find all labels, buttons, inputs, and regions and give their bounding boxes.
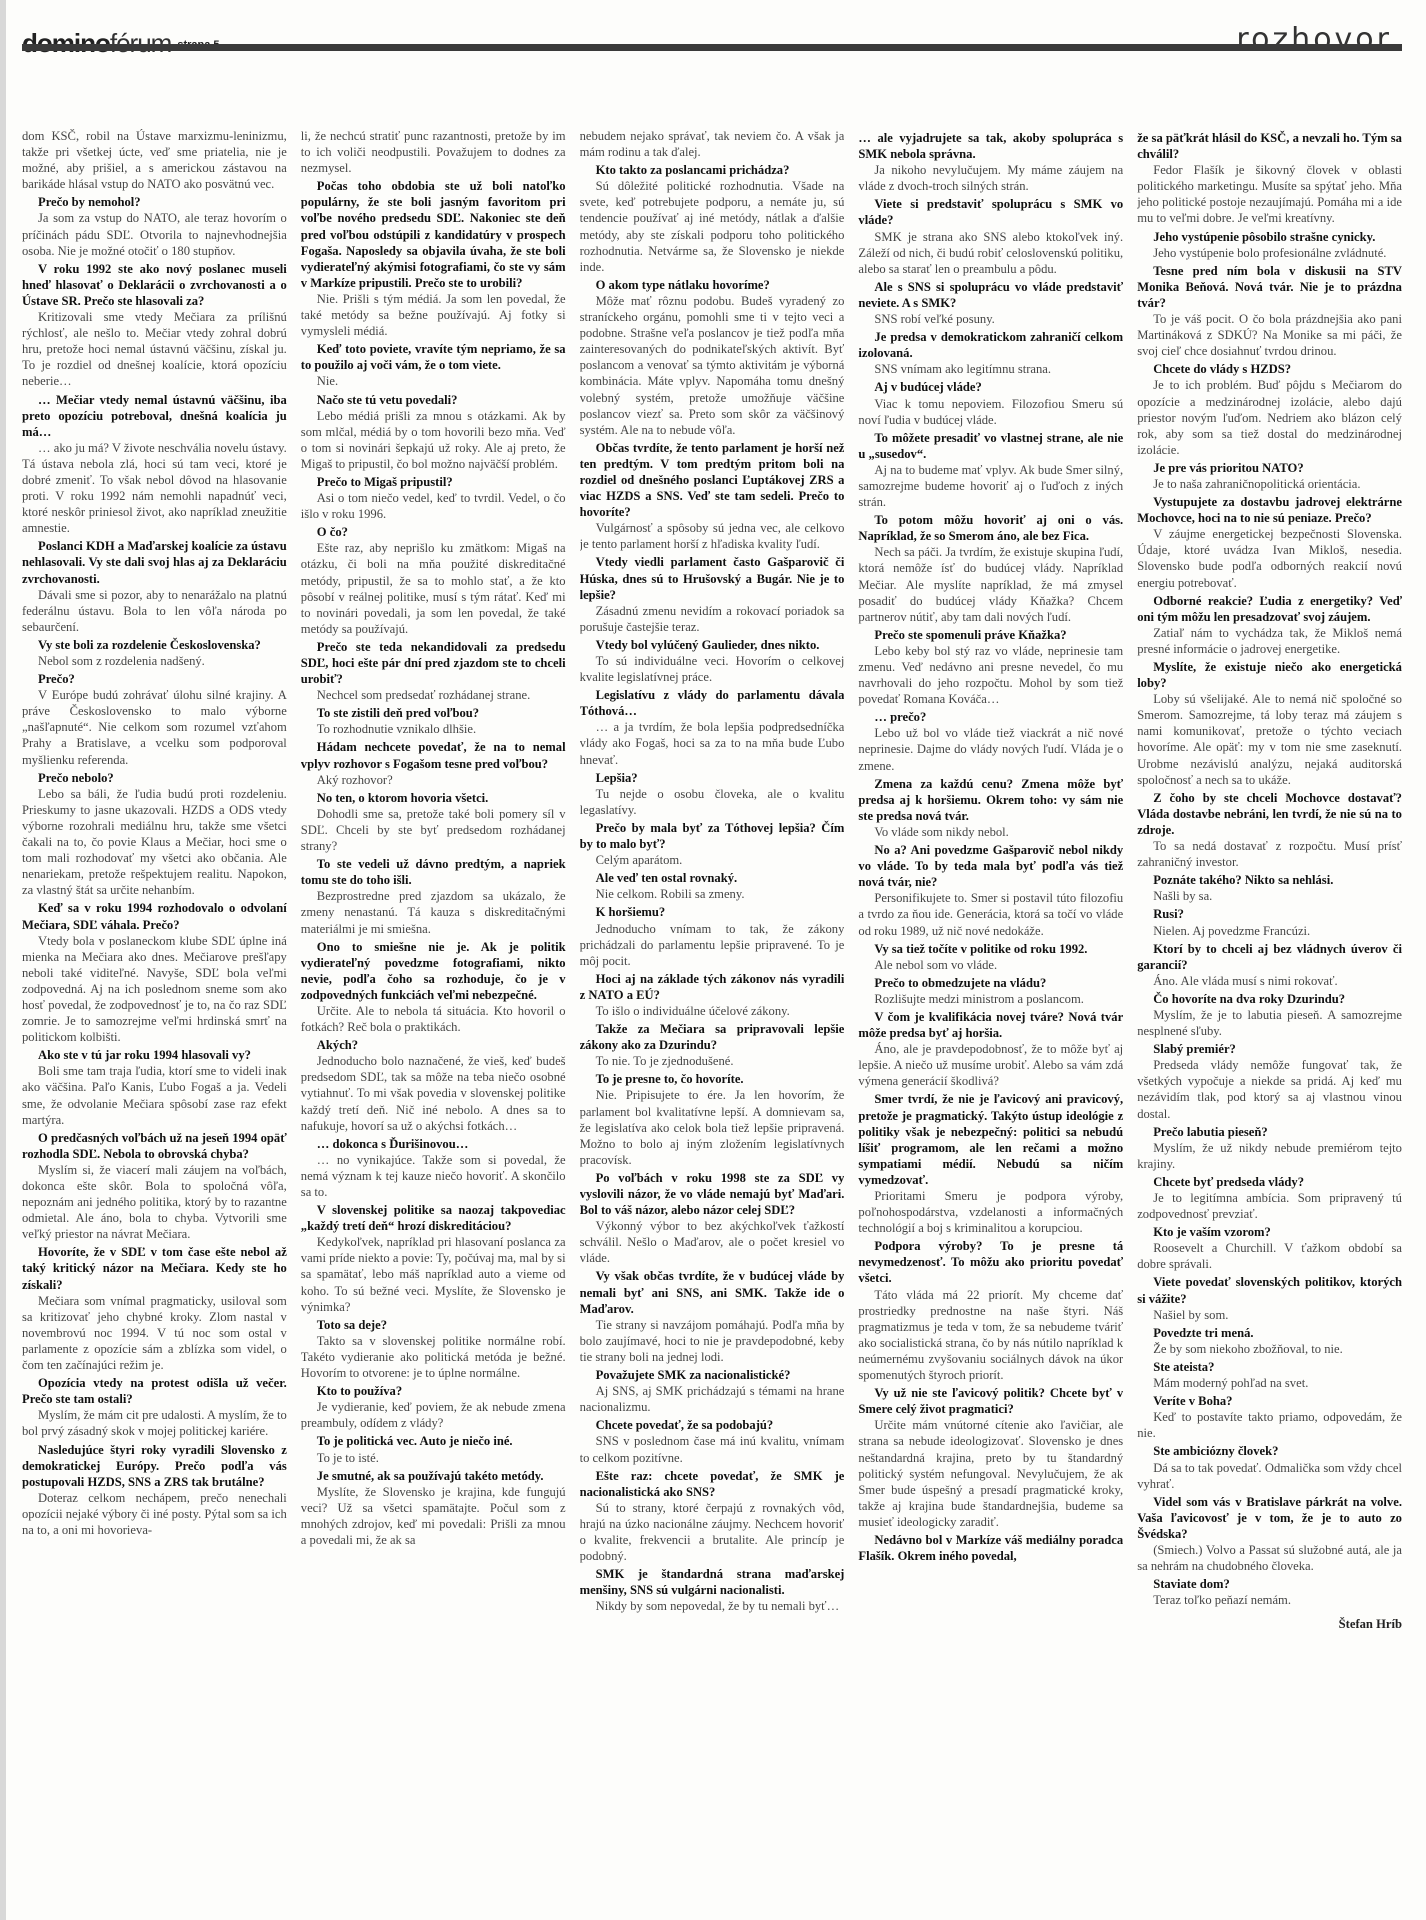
interview-answer: V záujme energetickej bezpečnosti Sloven… [1137, 526, 1402, 590]
article-body: dom KSČ, robil na Ústave marxizmu-lenini… [22, 128, 1402, 1908]
interview-question: Ste ambiciózny človek? [1137, 1443, 1402, 1459]
interview-question: Vy už nie ste ľavicový politik? Chcete b… [858, 1385, 1123, 1417]
interview-answer: Ja nikoho nevylučujem. My máme záujem na… [858, 162, 1123, 194]
interview-answer: Sú dôležité politické rozhodnutia. Všade… [580, 178, 845, 275]
interview-question: Ale veď ten ostal rovnaký. [580, 870, 845, 886]
interview-question: Veríte v Boha? [1137, 1393, 1402, 1409]
interview-question: Vy však občas tvrdíte, že v budúcej vlád… [580, 1268, 845, 1316]
interview-answer: Vo vláde som nikdy nebol. [858, 824, 1123, 840]
interview-answer: Mečiara som vnímal pragmaticky, usiloval… [22, 1293, 287, 1373]
scan-edge [0, 0, 6, 1920]
interview-answer: Dohodli sme sa, pretože také boli pomery… [301, 806, 566, 854]
author-byline: Štefan Hríb [1137, 1616, 1402, 1632]
interview-answer: To je váš pocit. O čo bola prázdnejšia a… [1137, 311, 1402, 359]
interview-question: Prečo ste teda nekandidovali za predsedu… [301, 639, 566, 687]
interview-answer: SMK je strana ako SNS alebo ktokoľvek in… [858, 229, 1123, 277]
interview-question: Prečo ste spomenuli práve Kňažka? [858, 627, 1123, 643]
interview-answer: Doteraz celkom nechápem, prečo nenechali… [22, 1490, 287, 1538]
brand-bold: domino [22, 28, 110, 58]
interview-question: … ale vyjadrujete sa tak, akoby spoluprá… [858, 130, 1123, 162]
interview-question: Prečo to obmedzujete na vládu? [858, 975, 1123, 991]
interview-question: Vy ste boli za rozdelenie Československa… [22, 637, 287, 653]
interview-answer: Boli sme tam traja ľudia, ktorí sme to v… [22, 1063, 287, 1127]
interview-question: K horšiemu? [580, 904, 845, 920]
interview-question: V slovenskej politike sa naozaj takpoved… [301, 1202, 566, 1234]
interview-answer: (Smiech.) Volvo a Passat sú služobné aut… [1137, 1542, 1402, 1574]
interview-question: Ktorí by to chceli aj bez vládnych úvero… [1137, 941, 1402, 973]
interview-answer: Lebo keby bol stý raz vo vláde, neprines… [858, 643, 1123, 707]
interview-question: Keď sa v roku 1994 rozhodovalo o odvolan… [22, 900, 287, 932]
interview-question: Hádam nechcete povedať, že na to nemal v… [301, 739, 566, 771]
masthead: dominofórumstrana 5 rozhovor [22, 22, 1402, 62]
interview-answer: Vtedy bola v poslaneckom klube SDĽ úplne… [22, 933, 287, 1046]
interview-question: Keď toto poviete, vravíte tým nepriamo, … [301, 341, 566, 373]
interview-answer: Nech sa páči. Ja tvrdím, že existuje sku… [858, 544, 1123, 624]
interview-answer: Je to legitímna ambícia. Som pripravený … [1137, 1190, 1402, 1222]
interview-answer: Ale nebol som vo vláde. [858, 957, 1123, 973]
interview-answer: Nie celkom. Robili sa zmeny. [580, 886, 845, 902]
interview-answer: Myslím, že je to labutia pieseň. A samoz… [1137, 1007, 1402, 1039]
interview-answer: Nie. Prišli s tým médiá. Ja som len pove… [301, 291, 566, 339]
interview-answer: Personifikujete to. Smer si postavil tút… [858, 890, 1123, 938]
interview-answer: Aký rozhovor? [301, 772, 566, 788]
interview-question: Videl som vás v Bratislave párkrát na vo… [1137, 1494, 1402, 1542]
interview-answer: Nie. [301, 373, 566, 389]
interview-question: O predčasných voľbách už na jeseň 1994 o… [22, 1130, 287, 1162]
interview-answer: Aj na to budeme mať vplyv. Ak bude Smer … [858, 462, 1123, 510]
interview-answer: To nie. To je zjednodušené. [580, 1053, 845, 1069]
interview-answer: Loby sú všelijaké. Ale to nemá nič spolo… [1137, 691, 1402, 788]
interview-question: Toto sa deje? [301, 1317, 566, 1333]
interview-answer: … a ja tvrdím, že bola lepšia podpredsed… [580, 719, 845, 767]
interview-answer: Našli by sa. [1137, 888, 1402, 904]
interview-answer: Lebo sa báli, že ľudia budú proti rozdel… [22, 786, 287, 899]
interview-answer: Ja som za vstup do NATO, ale teraz hovor… [22, 210, 287, 258]
interview-question: … Mečiar vtedy nemal ústavnú väčšinu, ib… [22, 392, 287, 440]
interview-answer: Mám moderný pohľad na svet. [1137, 1375, 1402, 1391]
interview-continuation: nebudem nejako správať, tak neviem čo. A… [580, 128, 845, 160]
interview-question: Lepšia? [580, 770, 845, 786]
interview-question: Odborné reakcie? Ľudia z energetiky? Veď… [1137, 593, 1402, 625]
interview-answer: Nechcel som predsedať rozhádanej strane. [301, 687, 566, 703]
interview-question: Chcete do vlády s HZDS? [1137, 361, 1402, 377]
interview-answer: Takto sa v slovenskej politike normálne … [301, 1333, 566, 1381]
interview-answer: … no vynikajúce. Takže som si povedal, ž… [301, 1152, 566, 1200]
interview-question: Je predsa v demokratickom zahraničí celk… [858, 329, 1123, 361]
interview-answer: Rozlišujte medzi ministrom a poslancom. [858, 991, 1123, 1007]
interview-answer: Nebol som z rozdelenia nadšený. [22, 653, 287, 669]
interview-answer: Viac k tomu nepoviem. Filozofiou Smeru s… [858, 396, 1123, 428]
interview-answer: Prioritami Smeru je podpora výroby, poľn… [858, 1188, 1123, 1236]
interview-question: Nedávno bol v Markíze váš mediálny porad… [858, 1532, 1123, 1564]
interview-question: O akom type nátlaku hovoríme? [580, 277, 845, 293]
interview-question: Tesne pred ním bola v diskusii na STV Mo… [1137, 263, 1402, 311]
interview-question: Prečo labutia pieseň? [1137, 1124, 1402, 1140]
interview-question: Kto je vaším vzorom? [1137, 1224, 1402, 1240]
interview-answer: Myslím, že už nikdy nebude premiérom tej… [1137, 1140, 1402, 1172]
interview-question: Viete si predstaviť spoluprácu s SMK vo … [858, 196, 1123, 228]
interview-question: … prečo? [858, 709, 1123, 725]
interview-answer: Zásadnú zmenu nevidím a rokovací poriado… [580, 603, 845, 635]
interview-answer: Jeho vystúpenie bolo profesionálne zvlád… [1137, 245, 1402, 261]
interview-answer: Dávali sme si pozor, aby to nenarážalo n… [22, 587, 287, 635]
interview-question: Chcete byť predseda vlády? [1137, 1174, 1402, 1190]
interview-question: Kto to používa? [301, 1383, 566, 1399]
interview-question: Akých? [301, 1037, 566, 1053]
interview-question: Smer tvrdí, že nie je ľavicový ani pravi… [858, 1091, 1123, 1188]
interview-question: Opozícia vtedy na protest odišla už veče… [22, 1375, 287, 1407]
interview-question: No a? Ani povedzme Gašparovič nebol nikd… [858, 842, 1123, 890]
interview-continuation: li, že nechcú stratiť punc razantnosti, … [301, 128, 566, 176]
interview-question: Rusi? [1137, 906, 1402, 922]
interview-question: Ste ateista? [1137, 1359, 1402, 1375]
interview-answer: SNS vnímam ako legitímnu strana. [858, 361, 1123, 377]
interview-question: Vtedy bol vylúčený Gaulieder, dnes nikto… [580, 637, 845, 653]
interview-question: Načo ste tú vetu povedali? [301, 392, 566, 408]
interview-answer: SNS v poslednom čase má inú kvalitu, vní… [580, 1433, 845, 1465]
interview-question: Občas tvrdíte, že tento parlament je hor… [580, 440, 845, 520]
interview-question: Považujete SMK za nacionalistické? [580, 1367, 845, 1383]
interview-question: Prečo nebolo? [22, 770, 287, 786]
interview-answer: Aj SNS, aj SMK prichádzajú s témami na h… [580, 1383, 845, 1415]
interview-question: Prečo? [22, 671, 287, 687]
header-rule [22, 44, 1402, 51]
interview-question: Povedzte tri mená. [1137, 1325, 1402, 1341]
interview-answer: Je to ich problém. Buď pôjdu s Mečiarom … [1137, 377, 1402, 457]
interview-answer: Áno. Ale vláda musí s nimi rokovať. [1137, 973, 1402, 989]
column-2: li, že nechcú stratiť punc razantnosti, … [301, 128, 566, 1908]
interview-question: Hoci aj na základe tých zákonov nás vyra… [580, 971, 845, 1003]
interview-question: Kto takto za poslancami prichádza? [580, 162, 845, 178]
interview-question: To potom môžu hovoriť aj oni o vás. Napr… [858, 512, 1123, 544]
interview-question: Prečo to Migaš pripustil? [301, 474, 566, 490]
interview-answer: Nikdy by som nepovedal, že by tu nemali … [580, 1598, 845, 1614]
interview-question: V čom je kvalifikácia novej tváre? Nová … [858, 1009, 1123, 1041]
interview-answer: Že by som niekoho zbožňoval, to nie. [1137, 1341, 1402, 1357]
interview-question: Vy sa tiež točíte v politike od roku 199… [858, 941, 1123, 957]
interview-question: Poslanci KDH a Maďarskej koalície za úst… [22, 538, 287, 586]
interview-question: Podpora výroby? To je presne tá nevymedz… [858, 1238, 1123, 1286]
interview-question: Nasledujúce štyri roky vyradili Slovensk… [22, 1442, 287, 1490]
interview-question: Ešte raz: chcete povedať, že SMK je naci… [580, 1468, 845, 1500]
interview-answer: Predseda vlády nemôže fungovať tak, že v… [1137, 1057, 1402, 1121]
interview-answer: Roosevelt a Churchill. V ťažkom období s… [1137, 1240, 1402, 1272]
interview-answer: Určite mám vnútorné cítenie ako ľavičiar… [858, 1417, 1123, 1530]
interview-question: Jeho vystúpenie pôsobilo strašne cynicky… [1137, 229, 1402, 245]
interview-question: Staviate dom? [1137, 1576, 1402, 1592]
interview-question: Čo hovoríte na dva roky Dzurindu? [1137, 991, 1402, 1007]
interview-question: No ten, o ktorom hovoria všetci. [301, 790, 566, 806]
interview-answer: Asi o tom niečo vedel, keď to tvrdil. Ve… [301, 490, 566, 522]
interview-question: To je politická vec. Auto je niečo iné. [301, 1433, 566, 1449]
interview-answer: V Európe budú zohrávať úlohu silné kraji… [22, 687, 287, 767]
interview-answer: Môže mať rôznu podobu. Budeš vyradený zo… [580, 293, 845, 438]
interview-answer: Jednoducho bolo naznačené, že vieš, keď … [301, 1053, 566, 1133]
interview-answer: Je vydieranie, keď poviem, že ak nebude … [301, 1399, 566, 1431]
interview-question: Vystupujete za dostavbu jadrovej elektrá… [1137, 494, 1402, 526]
interview-answer: Tu nejde o osobu človeka, ale o kvalitu … [580, 786, 845, 818]
interview-question: Prečo by nemohol? [22, 194, 287, 210]
interview-answer: Tie strany si navzájom pomáhajú. Podľa m… [580, 1317, 845, 1365]
section-title: rozhovor [1236, 22, 1392, 57]
interview-answer: To sa nedá dostavať z rozpočtu. Musí prí… [1137, 838, 1402, 870]
interview-question: Hovoríte, že v SDĽ v tom čase ešte nebol… [22, 1244, 287, 1292]
interview-answer: Sú to strany, ktoré čerpajú z rovnakých … [580, 1500, 845, 1564]
interview-question: Ono to smiešne nie je. Ak je politik vyd… [301, 939, 566, 1003]
interview-answer: Myslím, že mám cit pre udalosti. A myslí… [22, 1407, 287, 1439]
interview-answer: To sú individuálne veci. Hovorím o celko… [580, 653, 845, 685]
interview-answer: Áno, ale je pravdepodobnosť, že to môže … [858, 1041, 1123, 1089]
interview-question: Myslíte, že existuje niečo ako energetic… [1137, 659, 1402, 691]
interview-answer: Nielen. Aj povedzme Francúzi. [1137, 923, 1402, 939]
interview-question: Z čoho by ste chceli Mochovce dostavať? … [1137, 790, 1402, 838]
interview-question: V roku 1992 ste ako nový poslanec museli… [22, 261, 287, 309]
interview-answer: Našiel by som. [1137, 1307, 1402, 1323]
interview-answer: Kedykoľvek, napríklad pri hlasovaní posl… [301, 1234, 566, 1314]
interview-answer: Lebo médiá prišli za mnou s otázkami. Ak… [301, 408, 566, 472]
interview-question: Vtedy viedli parlament často Gašparovič … [580, 554, 845, 602]
interview-question: O čo? [301, 524, 566, 540]
interview-answer: SNS robí veľké posuny. [858, 311, 1123, 327]
interview-answer: Celým aparátom. [580, 852, 845, 868]
interview-answer: Myslím si, že viacerí mali záujem na voľ… [22, 1162, 287, 1242]
interview-question: Aj v budúcej vláde? [858, 379, 1123, 395]
interview-answer: Lebo už bol vo vláde tiež viackrát a nič… [858, 725, 1123, 773]
interview-answer: Teraz toľko peňazí nemám. [1137, 1592, 1402, 1608]
interview-question: Viete povedať slovenských politikov, kto… [1137, 1274, 1402, 1306]
interview-answer: Bezprostredne pred zjazdom sa ukázalo, ž… [301, 888, 566, 936]
interview-answer: Táto vláda má 22 priorít. My chceme dať … [858, 1287, 1123, 1384]
interview-answer: Fedor Flašík je šikovný človek v oblasti… [1137, 162, 1402, 226]
interview-question: Prečo by mala byť za Tóthovej lepšia? Čí… [580, 820, 845, 852]
interview-answer: To je to isté. [301, 1450, 566, 1466]
interview-question: … dokonca s Ďurišinovou… [301, 1136, 566, 1152]
interview-question: To ste vedeli už dávno predtým, a naprie… [301, 856, 566, 888]
interview-question: Chcete povedať, že sa podobajú? [580, 1417, 845, 1433]
interview-answer: Myslíte, že Slovensko je krajina, kde fu… [301, 1484, 566, 1548]
interview-question: Legislatívu z vlády do parlamentu dávala… [580, 687, 845, 719]
interview-answer: Keď to postavíte takto priamo, odpovedám… [1137, 1409, 1402, 1441]
interview-answer: Výkonný výbor to bez akýchkoľvek ťažkost… [580, 1218, 845, 1266]
interview-answer: Vulgárnosť a spôsoby sú jedna vec, ale c… [580, 520, 845, 552]
interview-question: To je presne to, čo hovoríte. [580, 1071, 845, 1087]
interview-answer: Jednoducho vnímam to tak, že zákony pric… [580, 921, 845, 969]
interview-answer: Určite. Ale to nebola tá situácia. Kto h… [301, 1003, 566, 1035]
interview-answer: Dá sa to tak povedať. Odmalička som vždy… [1137, 1460, 1402, 1492]
interview-answer: Ešte raz, aby neprišlo ku zmätkom: Migaš… [301, 540, 566, 637]
interview-question: Poznáte takého? Nikto sa nehlási. [1137, 872, 1402, 888]
brand-light: fórum [110, 28, 171, 58]
interview-answer: Zatiaľ nám to vychádza tak, že Mikloš ne… [1137, 625, 1402, 657]
interview-continuation: dom KSČ, robil na Ústave marxizmu-lenini… [22, 128, 287, 192]
interview-answer: Je to naša zahraničnopolitická orientáci… [1137, 476, 1402, 492]
interview-answer: … ako ju má? V živote neschvália novelu … [22, 440, 287, 537]
interview-answer: To rozhodnutie vznikalo dlhšie. [301, 721, 566, 737]
interview-question: To môžete presadiť vo vlastnej strane, a… [858, 430, 1123, 462]
interview-question: Takže za Mečiara sa pripravovali lepšie … [580, 1021, 845, 1053]
column-3: nebudem nejako správať, tak neviem čo. A… [580, 128, 845, 1908]
interview-answer: To išlo o individuálne účelové zákony. [580, 1003, 845, 1019]
interview-question: Zmena za každú cenu? Zmena môže byť pred… [858, 776, 1123, 824]
interview-question: Ale s SNS si spoluprácu vo vláde predsta… [858, 279, 1123, 311]
interview-question: Ako ste v tú jar roku 1994 hlasovali vy? [22, 1047, 287, 1063]
interview-question: Je smutné, ak sa používajú takéto metódy… [301, 1468, 566, 1484]
interview-question: To ste zistili deň pred voľbou? [301, 705, 566, 721]
column-5: že sa päťkrát hlásil do KSČ, a nevzali h… [1137, 128, 1402, 1908]
interview-question: SMK je štandardná strana maďarskej menši… [580, 1566, 845, 1598]
interview-question: že sa päťkrát hlásil do KSČ, a nevzali h… [1137, 130, 1402, 162]
interview-question: Po voľbách v roku 1998 ste za SDĽ vy vys… [580, 1170, 845, 1218]
column-1: dom KSČ, robil na Ústave marxizmu-lenini… [22, 128, 287, 1908]
interview-question: Slabý premiér? [1137, 1041, 1402, 1057]
interview-answer: Kritizovali sme vtedy Mečiara za prílišn… [22, 309, 287, 389]
column-4: … ale vyjadrujete sa tak, akoby spoluprá… [858, 128, 1123, 1908]
interview-question: Je pre vás prioritou NATO? [1137, 460, 1402, 476]
interview-question: Počas toho obdobia ste už boli natoľko p… [301, 178, 566, 291]
interview-answer: Nie. Pripisujete to ére. Ja len hovorím,… [580, 1087, 845, 1167]
